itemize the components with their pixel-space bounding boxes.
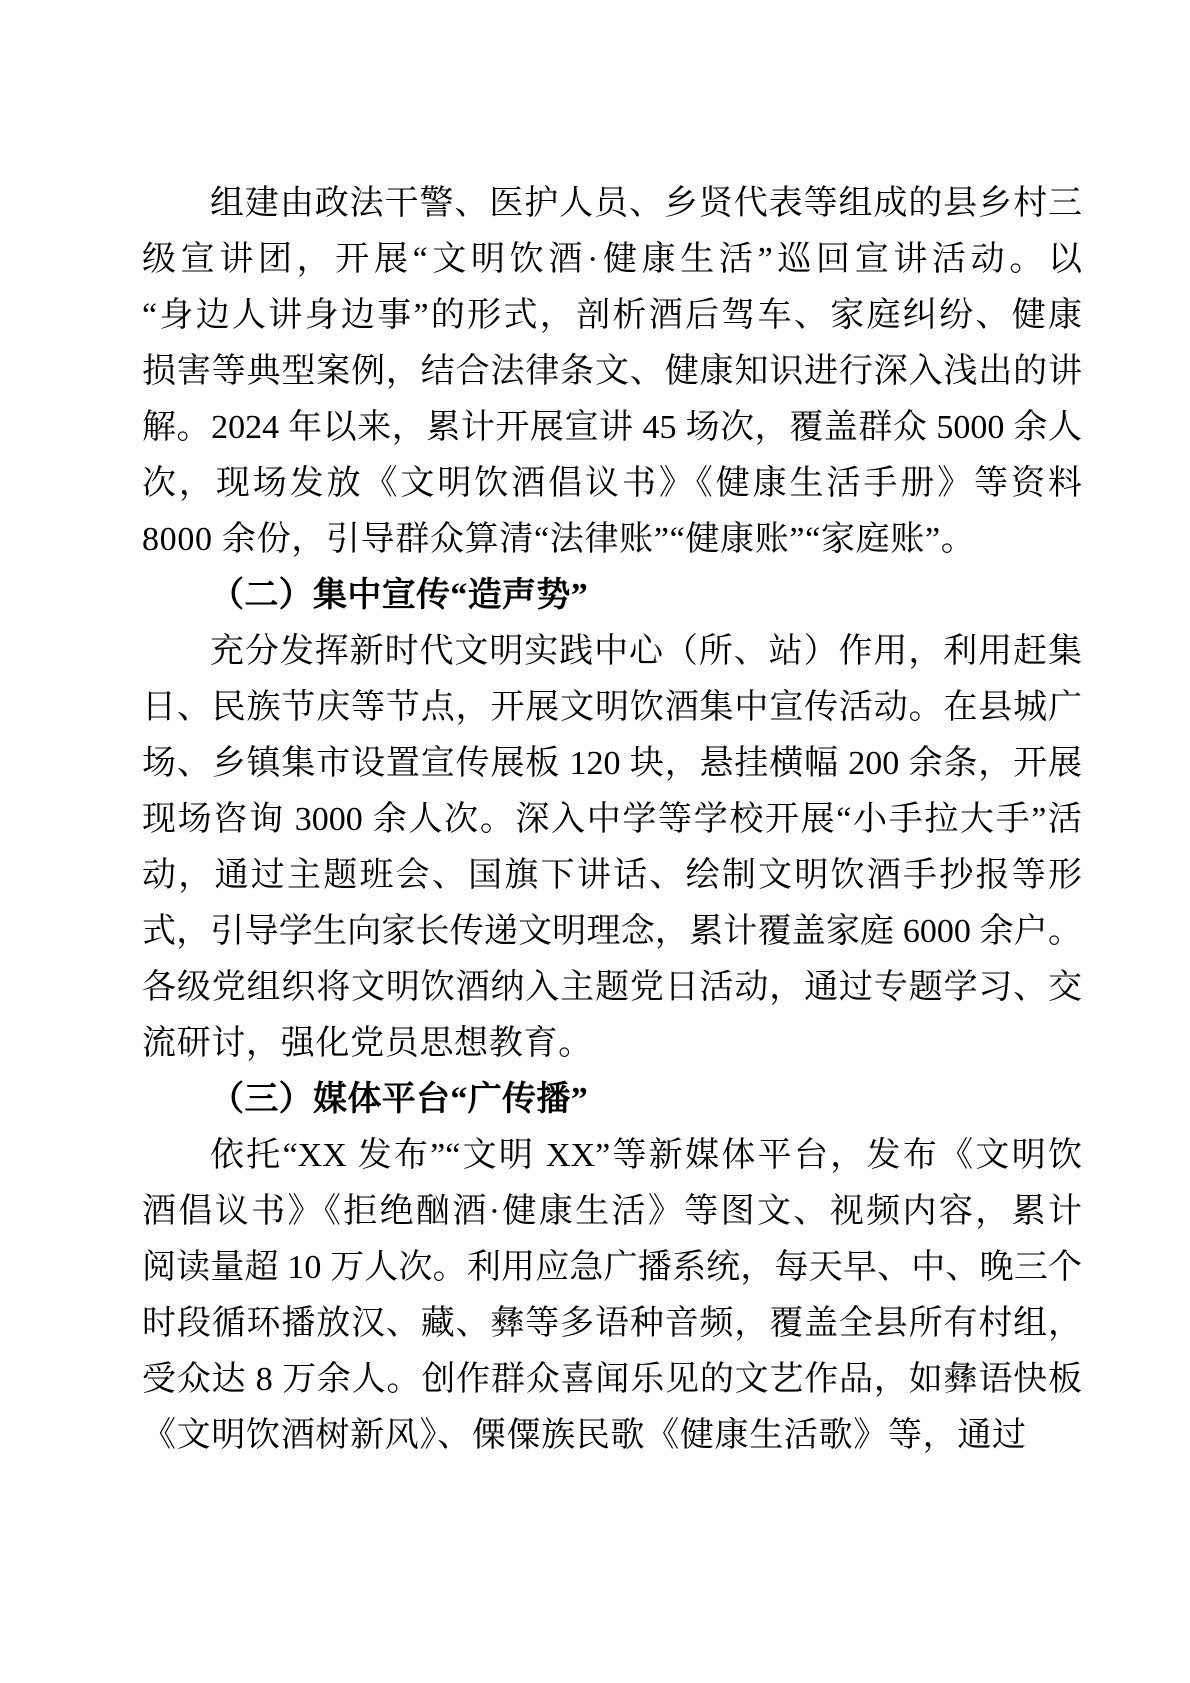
text-line: 次，现场发放《文明饮酒倡议书》《健康生活手册》等资料	[142, 456, 1082, 512]
text-line: 各级党组织将文明饮酒纳入主题党日活动，通过专题学习、交	[142, 960, 1082, 1016]
text-line: 式，引导学生向家长传递文明理念，累计覆盖家庭 6000 余户。	[142, 904, 1082, 960]
text-line: “身边人讲身边事”的形式，剖析酒后驾车、家庭纠纷、健康	[142, 288, 1082, 344]
section-heading: （二）集中宣传“造声势”	[142, 568, 1082, 624]
text-line: 现场咨询 3000 余人次。深入中学等学校开展“小手拉大手”活	[142, 792, 1082, 848]
text-line: 充分发挥新时代文明实践中心（所、站）作用，利用赶集	[142, 624, 1082, 680]
text-line: 级宣讲团，开展“文明饮酒·健康生活”巡回宣讲活动。以	[142, 232, 1082, 288]
text-line: 流研讨，强化党员思想教育。	[142, 1016, 1082, 1072]
text-line: 组建由政法干警、医护人员、乡贤代表等组成的县乡村三	[142, 176, 1082, 232]
document-body: 组建由政法干警、医护人员、乡贤代表等组成的县乡村三级宣讲团，开展“文明饮酒·健康…	[142, 176, 1082, 1464]
body-paragraph: 组建由政法干警、医护人员、乡贤代表等组成的县乡村三级宣讲团，开展“文明饮酒·健康…	[142, 176, 1082, 568]
text-line: 时段循环播放汉、藏、彝等多语种音频，覆盖全县所有村组，	[142, 1296, 1082, 1352]
text-line: （二）集中宣传“造声势”	[142, 568, 1082, 624]
document-page: 组建由政法干警、医护人员、乡贤代表等组成的县乡村三级宣讲团，开展“文明饮酒·健康…	[0, 0, 1190, 1683]
text-line: 阅读量超 10 万人次。利用应急广播系统，每天早、中、晚三个	[142, 1240, 1082, 1296]
body-paragraph: 充分发挥新时代文明实践中心（所、站）作用，利用赶集日、民族节庆等节点，开展文明饮…	[142, 624, 1082, 1072]
text-line: 动，通过主题班会、国旗下讲话、绘制文明饮酒手抄报等形	[142, 848, 1082, 904]
text-line: 8000 余份，引导群众算清“法律账”“健康账”“家庭账”。	[142, 512, 1082, 568]
text-line: 酒倡议书》《拒绝酗酒·健康生活》等图文、视频内容，累计	[142, 1184, 1082, 1240]
text-line: 场、乡镇集市设置宣传展板 120 块，悬挂横幅 200 余条，开展	[142, 736, 1082, 792]
section-heading: （三）媒体平台“广传播”	[142, 1072, 1082, 1128]
text-line: （三）媒体平台“广传播”	[142, 1072, 1082, 1128]
text-line: 《文明饮酒树新风》、傈僳族民歌《健康生活歌》等，通过	[142, 1408, 1082, 1464]
text-line: 受众达 8 万余人。创作群众喜闻乐见的文艺作品，如彝语快板	[142, 1352, 1082, 1408]
text-line: 损害等典型案例，结合法律条文、健康知识进行深入浅出的讲	[142, 344, 1082, 400]
body-paragraph: 依托“XX 发布”“文明 XX”等新媒体平台，发布《文明饮酒倡议书》《拒绝酗酒·…	[142, 1128, 1082, 1464]
text-line: 依托“XX 发布”“文明 XX”等新媒体平台，发布《文明饮	[142, 1128, 1082, 1184]
text-line: 日、民族节庆等节点，开展文明饮酒集中宣传活动。在县城广	[142, 680, 1082, 736]
text-line: 解。2024 年以来，累计开展宣讲 45 场次，覆盖群众 5000 余人	[142, 400, 1082, 456]
